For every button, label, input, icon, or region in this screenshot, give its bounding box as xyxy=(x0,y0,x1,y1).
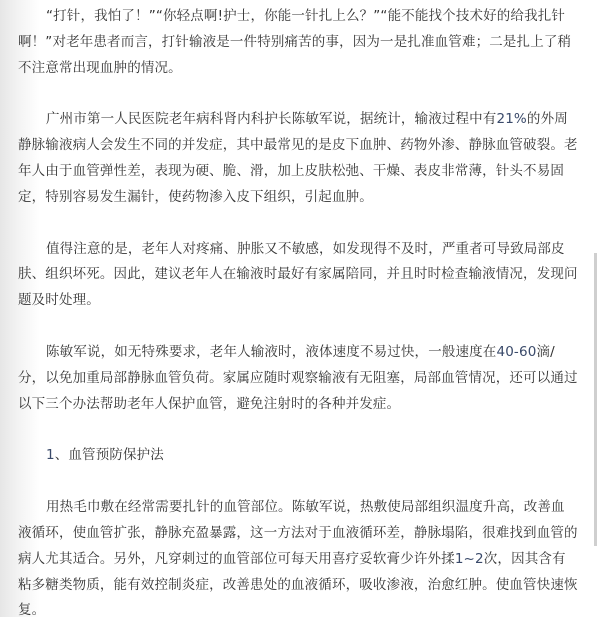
paragraph-caution: 值得注意的是，老年人对疼痛、肿胀又不敏感，如发现得不及时，严重者可导致局部皮肤、… xyxy=(18,237,578,314)
paragraph-text: 值得注意的是，老年人对疼痛、肿胀又不敏感，如发现得不及时，严重者可导致局部皮肤、… xyxy=(18,241,578,309)
drip-rate-value: 40-60 xyxy=(496,344,536,360)
paragraph-text: “打针，我怕了！”“你轻点啊!护士，你能一针扎上么？”“能不能找个技术好的给我扎… xyxy=(18,8,571,76)
paragraph-text: 广州市第一人民医院老年病科肾内科护长陈敏军说，据统计，输液过程中有 xyxy=(46,111,496,127)
paragraph-intro-quote: “打针，我怕了！”“你轻点啊!护士，你能一针扎上么？”“能不能找个技术好的给我扎… xyxy=(18,4,578,81)
section-heading-text: 、血管预防保护法 xyxy=(55,447,164,463)
percentage-value: 21% xyxy=(496,111,526,127)
section-number: 1 xyxy=(46,447,55,463)
section-heading-method-1: 1、血管预防保护法 xyxy=(18,443,578,469)
paragraph-text: 陈敏军说，如无特殊要求，老年人输液时，液体速度不易过快，一般速度在 xyxy=(46,344,496,360)
frequency-value: 1~2 xyxy=(455,551,484,567)
paragraph-drip-speed: 陈敏军说，如无特殊要求，老年人输液时，液体速度不易过快，一般速度在40-60滴/… xyxy=(18,340,578,417)
article-body: “打针，我怕了！”“你轻点啊!护士，你能一针扎上么？”“能不能找个技术好的给我扎… xyxy=(18,4,578,617)
paragraph-statistics: 广州市第一人民医院老年病科肾内科护长陈敏军说，据统计，输液过程中有21%的外周静… xyxy=(18,107,578,210)
paragraph-method-1-body: 用热毛巾敷在经常需要扎针的血管部位。陈敏军说，热敷使局部组织温度升高，改善血液循… xyxy=(18,495,578,617)
